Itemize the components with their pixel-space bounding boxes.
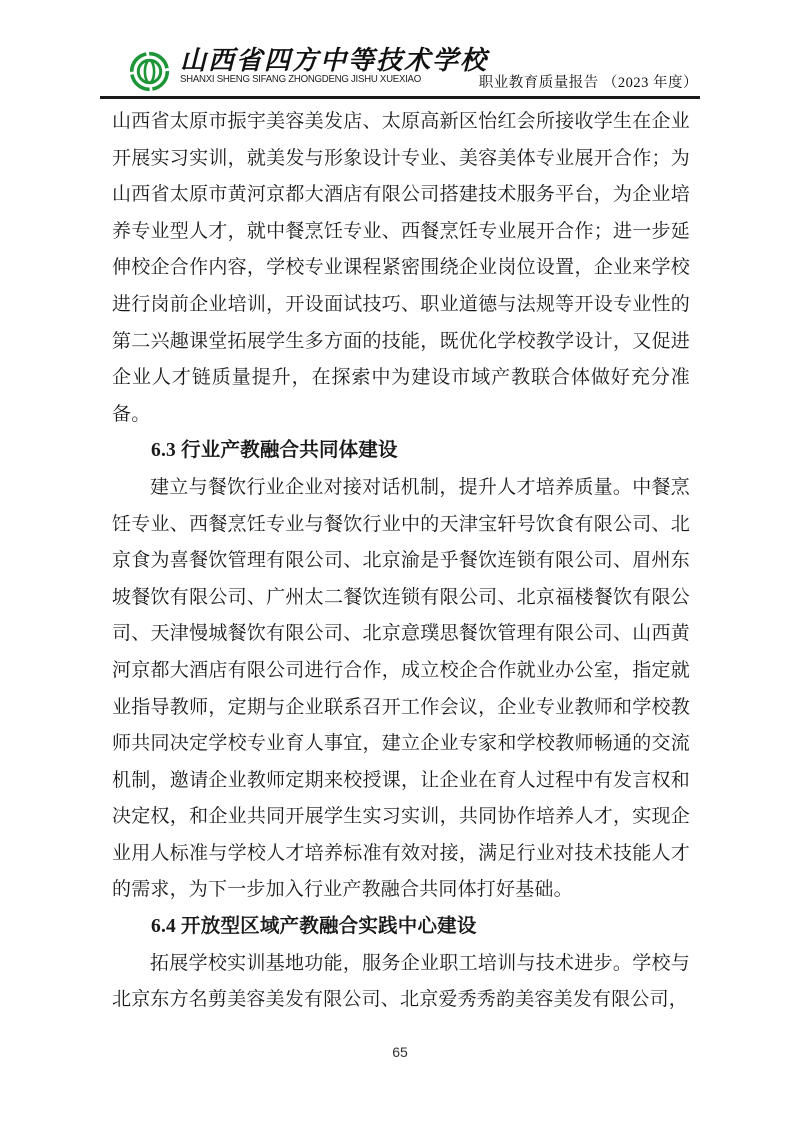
page-header: 山西省四方中等技术学校 SHANXI SHENG SIFANG ZHONGDEN… [100, 0, 700, 97]
paragraph-practice-center: 拓展学校实训基地功能，服务企业职工培训与技术进步。学校与北京东方名剪美容美发有限… [112, 946, 690, 1019]
document-page: 山西省四方中等技术学校 SHANXI SHENG SIFANG ZHONGDEN… [0, 0, 800, 1130]
paragraph-industry-community: 建立与餐饮行业企业对接对话机制，提升人才培养质量。中餐烹饪专业、西餐烹饪专业与餐… [112, 470, 690, 909]
section-heading-6-3: 6.3 行业产教融合共同体建设 [112, 433, 690, 470]
school-name: 山西省四方中等技术学校 [180, 40, 520, 77]
header-divider [100, 96, 700, 99]
document-body: 山西省太原市振宇美容美发店、太原高新区怡红会所接收学生在企业开展实习实训，就美发… [112, 104, 690, 1019]
section-heading-6-4: 6.4 开放型区域产教融合实践中心建设 [112, 909, 690, 946]
page-number: 65 [0, 1044, 800, 1060]
report-title: 职业教育质量报告 （2023 年度） [479, 71, 698, 92]
school-name-pinyin: SHANXI SHENG SIFANG ZHONGDENG JISHU XUEX… [180, 73, 456, 85]
paragraph-continuation: 山西省太原市振宇美容美发店、太原高新区怡红会所接收学生在企业开展实习实训，就美发… [112, 104, 690, 433]
school-logo-icon [129, 51, 170, 92]
